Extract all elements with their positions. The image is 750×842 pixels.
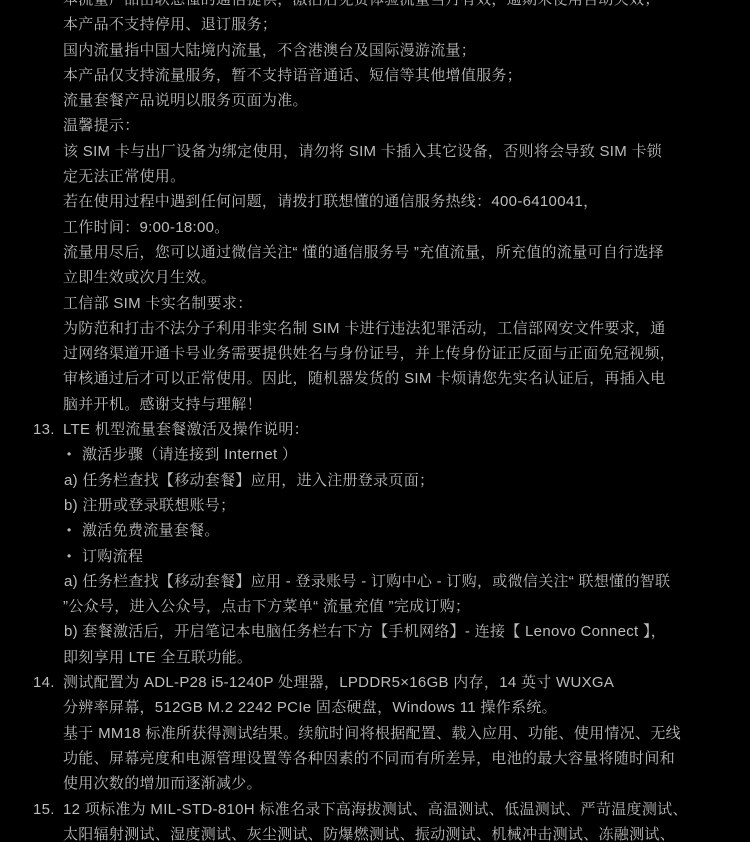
page: { "page": { "background_color": "#000000… (0, 0, 750, 842)
lines: 本流量产品由联想懂的通信提供，激活后免费体验流量当月有效，逾期未使用自动失效；本… (0, 0, 750, 842)
numbered-item-line: 14.测试配置为 ADL-P28 i5-1240P 处理器，LPDDR5×16G… (0, 670, 750, 695)
text-line: 审核通过后才可以正常使用。因此，随机器发货的 SIM 卡烦请您先实名认证后，再插… (0, 366, 750, 391)
line-text: 本产品仅支持流量服务，暂不支持语音通话、短信等其他增值服务； (63, 67, 522, 84)
bullet-line: •订购流程 (0, 544, 750, 569)
notes-document: 本流量产品由联想懂的通信提供，激活后免费体验流量当月有效，逾期未使用自动失效；本… (0, 0, 750, 842)
line-text: a) 任务栏查找【移动套餐】应用，进入注册登录页面； (64, 472, 434, 489)
text-line: 工信部 SIM 卡实名制要求： (0, 291, 750, 316)
text-line: 即刻享用 LTE 全互联功能。 (0, 645, 750, 670)
line-text: 功能、屏幕亮度和电源管理设置等各种因素的不同而有所差异，电池的最大容量将随时间和 (63, 750, 675, 767)
line-text: 立即生效或次月生效。 (63, 269, 216, 286)
text-line: 过网络渠道开通卡号业务需要提供姓名与身份证号，并上传身份证正反面与正面免冠视频， (0, 341, 750, 366)
text-line: 基于 MM18 标准所获得测试结果。续航时间将根据配置、载入应用、功能、使用情况… (0, 721, 750, 746)
text-line: 立即生效或次月生效。 (0, 265, 750, 290)
text-line: a) 任务栏查找【移动套餐】应用 - 登录账号 - 订购中心 - 订购，或微信关… (0, 569, 750, 594)
line-text: 激活免费流量套餐。 (82, 522, 220, 539)
text-line: 流量套餐产品说明以服务页面为准。 (0, 88, 750, 113)
text-line: 脑并开机。感谢支持与理解！ (0, 392, 750, 417)
clipped-top-line: 本流量产品由联想懂的通信提供，激活后免费体验流量当月有效，逾期未使用自动失效； (0, 0, 750, 12)
line-text: 该 SIM 卡与出厂设备为绑定使用，请勿将 SIM 卡插入其它设备，否则将会导致… (63, 143, 662, 160)
line-text: 本产品不支持停用、退订服务； (63, 16, 277, 33)
list-number: 15. (33, 797, 55, 822)
line-text: 基于 MM18 标准所获得测试结果。续航时间将根据配置、载入应用、功能、使用情况… (63, 725, 681, 742)
line-text: 审核通过后才可以正常使用。因此，随机器发货的 SIM 卡烦请您先实名认证后，再插… (63, 370, 666, 387)
line-text: 若在使用过程中遇到任何问题，请拨打联想懂的通信服务热线：400-6410041， (63, 193, 598, 210)
line-text: LTE 机型流量套餐激活及操作说明： (63, 421, 309, 438)
text-line: b) 套餐激活后，开启笔记本电脑任务栏右下方【手机网络】- 连接【 Lenovo… (0, 619, 750, 644)
line-text: 定无法正常使用。 (63, 168, 185, 185)
line-text: 测试配置为 ADL-P28 i5-1240P 处理器，LPDDR5×16GB 内… (63, 674, 614, 691)
line-text: 即刻享用 LTE 全互联功能。 (63, 649, 252, 666)
bullet-icon: • (67, 442, 72, 467)
line-text: ”公众号，进入公众号，点击下方菜单“ 流量充值 ”完成订购； (63, 598, 470, 615)
line-text: 激活步骤（请连接到 Internet ） (82, 446, 297, 463)
numbered-item-line: 13.LTE 机型流量套餐激活及操作说明： (0, 417, 750, 442)
text-line: 太阳辐射测试、湿度测试、灰尘测试、防爆燃测试、振动测试、机械冲击测试、冻融测试、 (0, 822, 750, 842)
line-text: 本流量产品由联想懂的通信提供，激活后免费体验流量当月有效，逾期未使用自动失效； (63, 0, 660, 8)
text-line: 本产品不支持停用、退订服务； (0, 12, 750, 37)
bullet-icon: • (67, 544, 72, 569)
line-text: 国内流量指中国大陆境内流量，不含港澳台及国际漫游流量； (63, 42, 476, 59)
line-text: 12 项标准为 MIL-STD-810H 标准名录下高海拔测试、高温测试、低温测… (63, 801, 688, 818)
list-number: 13. (33, 417, 55, 442)
text-line: 定无法正常使用。 (0, 164, 750, 189)
text-line: ”公众号，进入公众号，点击下方菜单“ 流量充值 ”完成订购； (0, 594, 750, 619)
text-line: 工作时间：9:00-18:00。 (0, 215, 750, 240)
line-text: 过网络渠道开通卡号业务需要提供姓名与身份证号，并上传身份证正反面与正面免冠视频， (63, 345, 675, 362)
line-text: 温馨提示： (63, 117, 140, 134)
line-text: b) 套餐激活后，开启笔记本电脑任务栏右下方【手机网络】- 连接【 Lenovo… (64, 623, 666, 640)
bullet-line: •激活免费流量套餐。 (0, 518, 750, 543)
bullet-line: •激活步骤（请连接到 Internet ） (0, 442, 750, 467)
line-text: 为防范和打击不法分子利用非实名制 SIM 卡进行违法犯罪活动，工信部网安文件要求… (63, 320, 666, 337)
line-text: a) 任务栏查找【移动套餐】应用 - 登录账号 - 订购中心 - 订购，或微信关… (64, 573, 670, 590)
list-number: 14. (33, 670, 55, 695)
text-line: 为防范和打击不法分子利用非实名制 SIM 卡进行违法犯罪活动，工信部网安文件要求… (0, 316, 750, 341)
numbered-item-line: 15.12 项标准为 MIL-STD-810H 标准名录下高海拔测试、高温测试、… (0, 797, 750, 822)
line-text: 脑并开机。感谢支持与理解！ (63, 396, 262, 413)
line-text: 工作时间：9:00-18:00。 (63, 219, 230, 236)
text-line: 分辨率屏幕，512GB M.2 2242 PCIe 固态硬盘，Windows 1… (0, 695, 750, 720)
text-line: 若在使用过程中遇到任何问题，请拨打联想懂的通信服务热线：400-6410041， (0, 189, 750, 214)
line-text: 订购流程 (82, 548, 143, 565)
text-line: a) 任务栏查找【移动套餐】应用，进入注册登录页面； (0, 468, 750, 493)
line-text: 太阳辐射测试、湿度测试、灰尘测试、防爆燃测试、振动测试、机械冲击测试、冻融测试、 (63, 826, 675, 842)
text-line: 温馨提示： (0, 113, 750, 138)
line-text: 分辨率屏幕，512GB M.2 2242 PCIe 固态硬盘，Windows 1… (63, 699, 557, 716)
bullet-icon: • (67, 518, 72, 543)
line-text: 流量套餐产品说明以服务页面为准。 (63, 92, 308, 109)
text-line: 本产品仅支持流量服务，暂不支持语音通话、短信等其他增值服务； (0, 63, 750, 88)
text-line: 使用次数的增加而逐渐减少。 (0, 771, 750, 796)
text-line: 该 SIM 卡与出厂设备为绑定使用，请勿将 SIM 卡插入其它设备，否则将会导致… (0, 139, 750, 164)
line-text: 工信部 SIM 卡实名制要求： (63, 295, 253, 312)
line-text: 使用次数的增加而逐渐减少。 (63, 775, 262, 792)
text-line: b) 注册或登录联想账号； (0, 493, 750, 518)
text-line: 流量用尽后，您可以通过微信关注“ 懂的通信服务号 ”充值流量，所充值的流量可自行… (0, 240, 750, 265)
text-line: 功能、屏幕亮度和电源管理设置等各种因素的不同而有所差异，电池的最大容量将随时间和 (0, 746, 750, 771)
line-text: b) 注册或登录联想账号； (64, 497, 235, 514)
text-line: 国内流量指中国大陆境内流量，不含港澳台及国际漫游流量； (0, 38, 750, 63)
line-text: 流量用尽后，您可以通过微信关注“ 懂的通信服务号 ”充值流量，所充值的流量可自行… (63, 244, 664, 261)
